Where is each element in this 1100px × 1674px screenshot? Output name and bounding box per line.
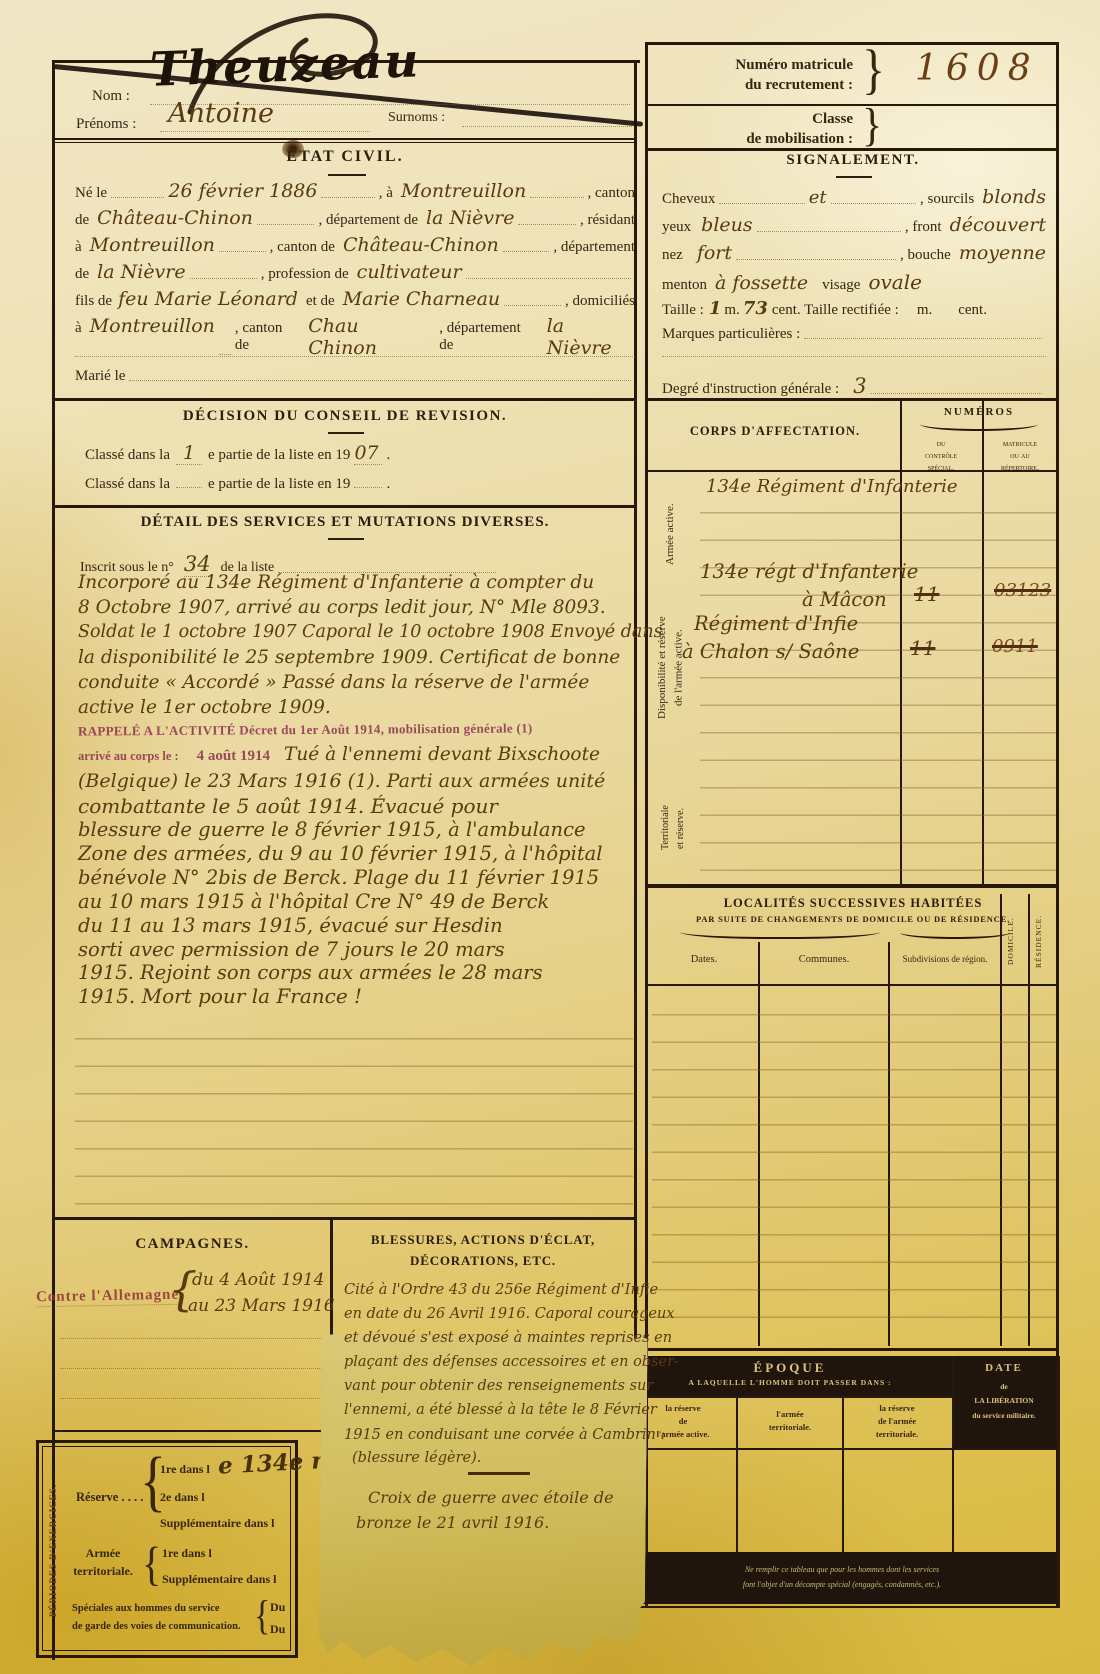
- classe-label: Classe de mobilisation :: [668, 110, 853, 149]
- service-line: 1915. Rejoint son corps aux armées le 28…: [78, 961, 543, 984]
- matricule-divider: [648, 104, 1056, 106]
- classe1-e: .: [386, 447, 390, 464]
- sig-taille-d: 73: [743, 298, 768, 319]
- sig-r4-d: ovale: [868, 270, 922, 294]
- ec-l6-c: , canton de: [235, 320, 300, 354]
- ec-l5-c: et de: [306, 293, 335, 310]
- campagne-rule2: [60, 1368, 322, 1369]
- service-line: blessure de guerre le 8 février 1915, à …: [78, 818, 586, 841]
- ec-l6-b: Montreuillon: [90, 315, 215, 337]
- blank-rule: [75, 356, 635, 357]
- periodes-t2: Supplémentaire dans l: [162, 1572, 276, 1587]
- periodes-spec-label: Spéciales aux hommes du service de garde…: [72, 1600, 257, 1636]
- sig-marques-label: Marques particulières :: [662, 326, 800, 343]
- sig-degre-label: Degré d'instruction générale :: [662, 381, 839, 398]
- localites-bottom: [645, 1348, 1059, 1351]
- matricule-value: 1608: [915, 48, 1039, 89]
- ec-l4-a: de: [75, 266, 89, 283]
- etat-civil-title: ÉTAT CIVIL.: [55, 148, 635, 166]
- classe2-b: [176, 487, 202, 488]
- ec-l3-c: , canton de: [270, 239, 335, 256]
- nom-value: Theuzeau: [149, 33, 421, 97]
- localites-subtitle: PAR SUITE DE CHANGEMENTS DE DOMICILE OU …: [650, 914, 1056, 924]
- signalement-dash: [836, 176, 872, 178]
- service-line: 1915. Mort pour la France !: [78, 984, 362, 1008]
- signalement-title: SIGNALEMENT.: [650, 152, 1056, 169]
- campagnes-title: CAMPAGNES.: [55, 1236, 330, 1253]
- epoque-vline3: [952, 1356, 954, 1552]
- service-line: du 11 au 13 mars 1915, évacué sur Hesdin: [78, 914, 503, 937]
- corps-entry-dispo1-loc: à Mâcon: [802, 588, 887, 611]
- service-line: Tué à l'ennemi devant Bixschoote: [284, 744, 600, 765]
- prenoms-rule: [160, 131, 370, 132]
- service-line: Soldat le 1 octobre 1907 Caporal le 10 o…: [78, 622, 663, 642]
- right-top: [645, 42, 1059, 45]
- divider-services: [52, 505, 637, 508]
- localites-curve1: [680, 930, 880, 939]
- epoque-vline2: [842, 1396, 844, 1552]
- ec-l5-d: Marie Charneau: [343, 288, 500, 310]
- sig-taille-g: cent.: [958, 302, 987, 319]
- classe-brace: }: [862, 100, 882, 153]
- ec-l3-e: , département: [553, 239, 635, 256]
- ec-l1-b: 26 février 1886: [168, 180, 317, 202]
- campagne-date2: au 23 Mars 1916: [188, 1296, 335, 1316]
- classe2-d: [354, 487, 382, 488]
- localites-curve2: [900, 930, 1010, 939]
- side-label-territoriale: Territoriale et réserve.: [658, 776, 688, 880]
- blessure-line: en date du 26 Avril 1916. Caporal courag…: [344, 1306, 675, 1322]
- blessure-line: (blessure légère).: [352, 1450, 481, 1466]
- sig-taille-a: Taille :: [662, 302, 704, 319]
- ec-l1-c: , à: [379, 185, 393, 202]
- loc-col-communes: Communes.: [760, 954, 888, 965]
- marie-label: Marié le: [75, 368, 125, 385]
- ec-l2-e: , résidant: [580, 212, 635, 229]
- rappel-stamp: RAPPELÉ A L'ACTIVITÉ Décret du 1er Août …: [78, 720, 533, 739]
- ec-l6-e: , département de: [439, 320, 538, 354]
- epoque-subheader-top: [628, 1396, 952, 1398]
- corps-entry-dispo2-loc: à Chalon s/ Saône: [682, 640, 859, 663]
- periodes-terr-label: Armée territoriale.: [68, 1544, 138, 1580]
- service-line: au 10 mars 1915 à l'hôpital Cre N° 49 de…: [78, 890, 549, 913]
- decision-title: DÉCISION DU CONSEIL DE REVISION.: [55, 408, 635, 425]
- epoque-subtitle: A LAQUELLE L'HOMME DOIT PASSER DANS :: [628, 1378, 952, 1387]
- arrive-stamp-date: 4 août 1914: [197, 748, 270, 765]
- periodes-reserve-label: Réserve . . . .: [76, 1490, 143, 1505]
- ec-l3-a: à: [75, 239, 82, 256]
- matricule-brace: }: [862, 38, 885, 101]
- empty-service-rules: [75, 1012, 633, 1212]
- sig-r3-d: moyenne: [959, 242, 1046, 264]
- etat-civil-dash: [328, 174, 366, 176]
- service-line: bénévole N° 2bis de Berck. Plage du 11 f…: [78, 866, 599, 889]
- corps-m2: 0911: [992, 636, 1038, 657]
- ec-l1-d: Montreuillon: [401, 180, 526, 202]
- croix-divider: [468, 1472, 530, 1475]
- periodes-brace3: {: [254, 1594, 270, 1640]
- corps-entry-dispo2: Régiment d'Infie: [694, 612, 858, 635]
- services-title: DÉTAIL DES SERVICES ET MUTATIONS DIVERSE…: [55, 514, 635, 531]
- corps-row-rules: [700, 486, 1056, 878]
- croix-line2: bronze le 21 avril 1916.: [356, 1513, 549, 1532]
- periodes-brace1: {: [140, 1442, 166, 1520]
- service-line: (Belgique) le 23 Mars 1916 (1). Parti au…: [78, 770, 605, 792]
- campagne-date1: du 4 Août 1914: [192, 1270, 324, 1290]
- arrive-stamp-label: arrivé au corps le :: [78, 749, 179, 764]
- blessure-line: vant pour obtenir des renseignements sur: [344, 1378, 653, 1394]
- fiche-matricule-document: Nom : Theuzeau Prénoms : Antoine Surnoms…: [0, 0, 1100, 1674]
- blessure-line: l'ennemi, a été blessé à la tête le 8 Fé…: [344, 1402, 657, 1418]
- prenoms-label: Prénoms :: [76, 116, 136, 133]
- classe1-c: e partie de la liste en 19: [208, 447, 350, 464]
- ec-l4-b: la Nièvre: [97, 261, 185, 283]
- classe1-b: 1: [176, 442, 202, 465]
- classe1-d: 07: [354, 442, 382, 465]
- epoque-date-header: DATE: [952, 1362, 1056, 1374]
- service-line: sorti avec permission de 7 jours le 20 m…: [78, 938, 505, 961]
- loc-col-dates: Dates.: [650, 954, 758, 965]
- ec-l6-f: la Nièvre: [547, 315, 635, 359]
- blessure-line: Cité à l'Ordre 43 du 256e Régiment d'Inf…: [344, 1282, 658, 1298]
- numeros-curve: [920, 422, 1038, 431]
- service-line: la disponibilité le 25 septembre 1909. C…: [78, 647, 620, 668]
- loc-col-subdiv: Subdivisions de région.: [890, 954, 1000, 964]
- epoque-date-header-rest: de LA LIBÉRATION du service militaire.: [952, 1380, 1056, 1423]
- blessure-line: plaçant des défenses accessoires et en o…: [344, 1354, 679, 1370]
- sig-taille-b: 1: [709, 298, 722, 319]
- loc-rot-domicile: DOMICILE.: [1006, 900, 1015, 982]
- periodes-side-label: PÉRIODES D'EXERCICES.: [48, 1466, 58, 1634]
- prenoms-value: Antoine: [168, 98, 274, 129]
- matricule-label: Numéro matricule du recrutement :: [668, 56, 853, 95]
- frame-left-edge: [52, 60, 55, 1660]
- sig-r2-b: bleus: [701, 214, 752, 236]
- surnoms-rule: [462, 126, 632, 127]
- blessure-line: 1915 en conduisant une corvée à Cambrin …: [344, 1427, 665, 1443]
- corps-bottom: [645, 884, 1059, 888]
- sig-r4-c: visage: [822, 277, 860, 294]
- loc-row-rules: [652, 988, 1056, 1344]
- ec-l1-a: Né le: [75, 185, 107, 202]
- sig-taille-c: m.: [724, 302, 739, 319]
- services-dash: [328, 538, 364, 540]
- nom-label: Nom :: [92, 88, 130, 105]
- corps-n2: 11: [910, 636, 935, 660]
- decision-dash: [328, 432, 364, 434]
- sig-r2-a: yeux: [662, 219, 691, 236]
- sig-r4-b: à fossette: [715, 272, 808, 294]
- localites-title: LOCALITÉS SUCCESSIVES HABITÉES: [650, 896, 1056, 911]
- classe2-e: .: [386, 476, 390, 493]
- ec-l4-c: , profession de: [261, 266, 349, 283]
- numeros-header: NUMÉROS: [902, 406, 1056, 418]
- sig-r4-a: menton: [662, 277, 707, 294]
- ec-l2-d: la Nièvre: [426, 207, 514, 229]
- periodes-brace2: {: [142, 1535, 161, 1591]
- ec-l6-d: Chau Chinon: [308, 315, 433, 359]
- sig-r2-c: , front: [905, 219, 942, 236]
- sig-r1-b: et: [809, 187, 827, 208]
- blessures-title: BLESSURES, ACTIONS D'ÉCLAT, DÉCORATIONS,…: [336, 1230, 630, 1272]
- campagne-rule1: [60, 1338, 322, 1339]
- epoque-col3: la réserve de l'armée territoriale.: [844, 1402, 950, 1440]
- ec-l5-e: , domiciliés: [565, 293, 635, 310]
- sig-taille-e: cent. Taille rectifiée :: [772, 302, 899, 319]
- sig-r1-c: , sourcils: [920, 191, 974, 208]
- surnoms-label: Surnoms :: [388, 110, 445, 126]
- corps-entry-active: 134e Régiment d'Infanterie: [706, 476, 958, 497]
- divider-decision: [52, 398, 637, 401]
- classe2-a: Classé dans la: [85, 476, 170, 493]
- ec-l5-a: fils de: [75, 293, 112, 310]
- sig-r1-d: blonds: [982, 186, 1046, 208]
- service-line: active le 1er octobre 1909.: [78, 697, 331, 718]
- side-label-disponibilite: Disponibilité et réserve de l'armée acti…: [654, 562, 687, 774]
- campagnes-bottom: [52, 1430, 333, 1432]
- corps-title: CORPS D'AFFECTATION.: [655, 424, 895, 439]
- periodes-du1: Du: [270, 1600, 285, 1615]
- campagne-stamp: Contre l'Allemagne: [36, 1287, 179, 1307]
- periodes-r2: 2e dans l: [160, 1490, 205, 1505]
- sig-taille-f: m.: [917, 302, 932, 319]
- ec-l5-b: feu Marie Léonard: [118, 288, 298, 310]
- ec-l2-a: de: [75, 212, 89, 229]
- controle-col-header: du contrôle spécial.: [902, 438, 980, 474]
- classe2-c: e partie de la liste en 19: [208, 476, 350, 493]
- ec-l6-a: à: [75, 320, 82, 337]
- sig-r2-d: découvert: [950, 214, 1046, 236]
- ec-l4-d: cultivateur: [357, 261, 462, 283]
- epoque-footer-note: Ne remplir ce tableau que pour les homme…: [632, 1562, 1052, 1592]
- periodes-r1: 1re dans l: [160, 1462, 210, 1477]
- matricule-col-header: matricule ou au répertoire.: [984, 438, 1056, 474]
- service-line: Zone des armées, du 9 au 10 février 1915…: [78, 842, 603, 865]
- periodes-t1: 1re dans l: [162, 1546, 212, 1561]
- epoque-vline1: [736, 1396, 738, 1552]
- ec-l1-e: , canton: [588, 185, 635, 202]
- service-line: 8 Octobre 1907, arrivé au corps ledit jo…: [78, 597, 606, 618]
- ec-l2-b: Château-Chinon: [97, 207, 253, 229]
- corps-m1: 03123: [994, 580, 1051, 601]
- signalement-bottom: [645, 398, 1059, 401]
- divider-campagnes: [52, 1217, 637, 1220]
- sig-r3-c: , bouche: [900, 247, 951, 264]
- epoque-col2: l'armée territoriale.: [738, 1408, 842, 1434]
- periodes-du2: Du: [270, 1622, 285, 1637]
- periodes-r3: Supplémentaire dans l: [160, 1516, 274, 1531]
- campagne-rule3: [60, 1398, 322, 1399]
- ec-l2-c: , département de: [318, 212, 418, 229]
- loc-rot-residence: RÉSIDENCE.: [1034, 900, 1043, 982]
- sig-r1-a: Cheveux: [662, 191, 715, 208]
- loc-header-rule: [648, 984, 1056, 986]
- service-line: Incorporé au 134e Régiment d'Infanterie …: [78, 572, 594, 593]
- ec-l3-b: Montreuillon: [90, 234, 215, 256]
- sig-blank-rule: [662, 356, 1046, 357]
- croix-line1: Croix de guerre avec étoile de: [368, 1488, 614, 1507]
- sig-r3-b: fort: [697, 242, 732, 264]
- corps-n1: 11: [914, 582, 939, 606]
- sig-degre-value: 3: [853, 374, 866, 398]
- ec-l3-d: Château-Chinon: [343, 234, 499, 256]
- sig-r3-a: nez: [662, 247, 683, 264]
- blessure-line: et dévoué s'est exposé à maintes reprise…: [344, 1330, 672, 1346]
- service-line: conduite « Accordé » Passé dans la réser…: [78, 672, 589, 693]
- service-line: combattante le 5 août 1914. Évacué pour: [78, 794, 498, 818]
- corps-entry-dispo1: 134e régt d'Infanterie: [700, 560, 918, 583]
- ink-blot: [282, 140, 304, 158]
- corps-header-rule: [648, 470, 1056, 472]
- classe1-a: Classé dans la: [85, 447, 170, 464]
